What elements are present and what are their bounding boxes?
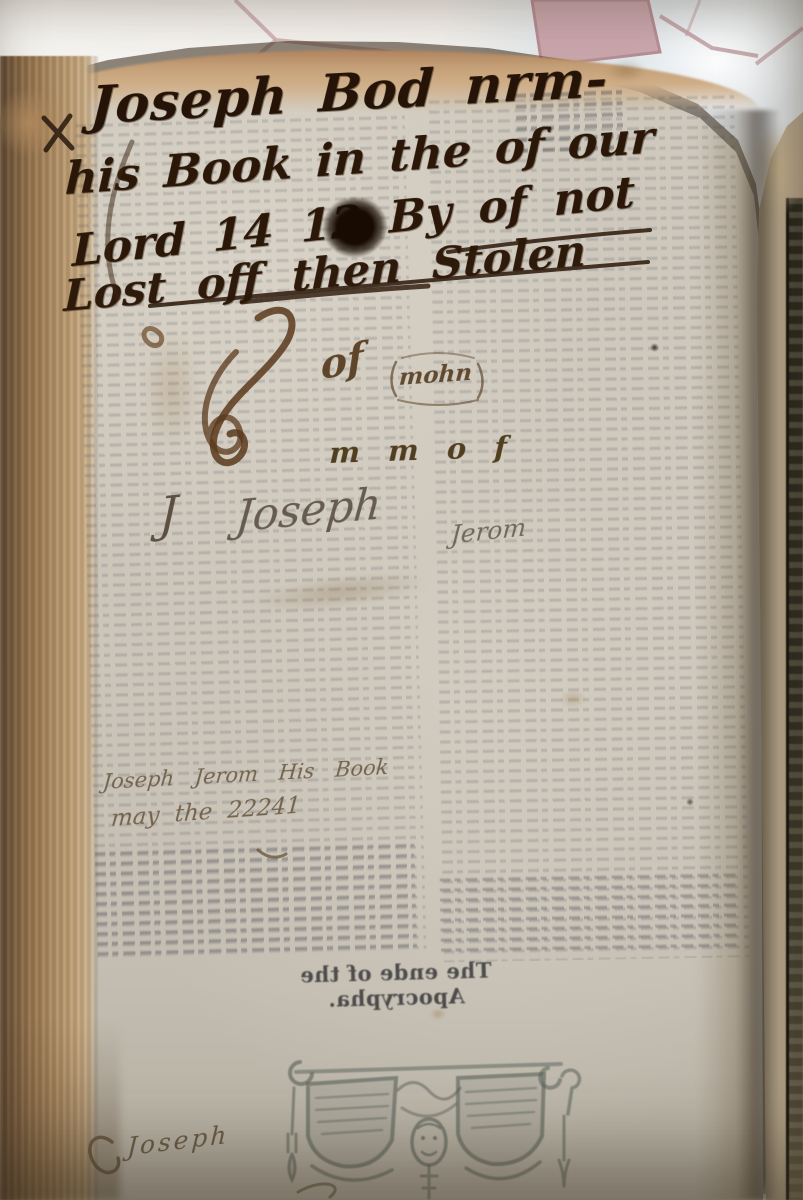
facing-page-engraved-border xyxy=(786,198,803,1200)
ink-monogram-flourish-icon xyxy=(0,0,803,1200)
gutter-crease-shadow xyxy=(696,110,780,1200)
photo-antique-book-page: The ende of the Apocrypha. xyxy=(0,0,803,1200)
